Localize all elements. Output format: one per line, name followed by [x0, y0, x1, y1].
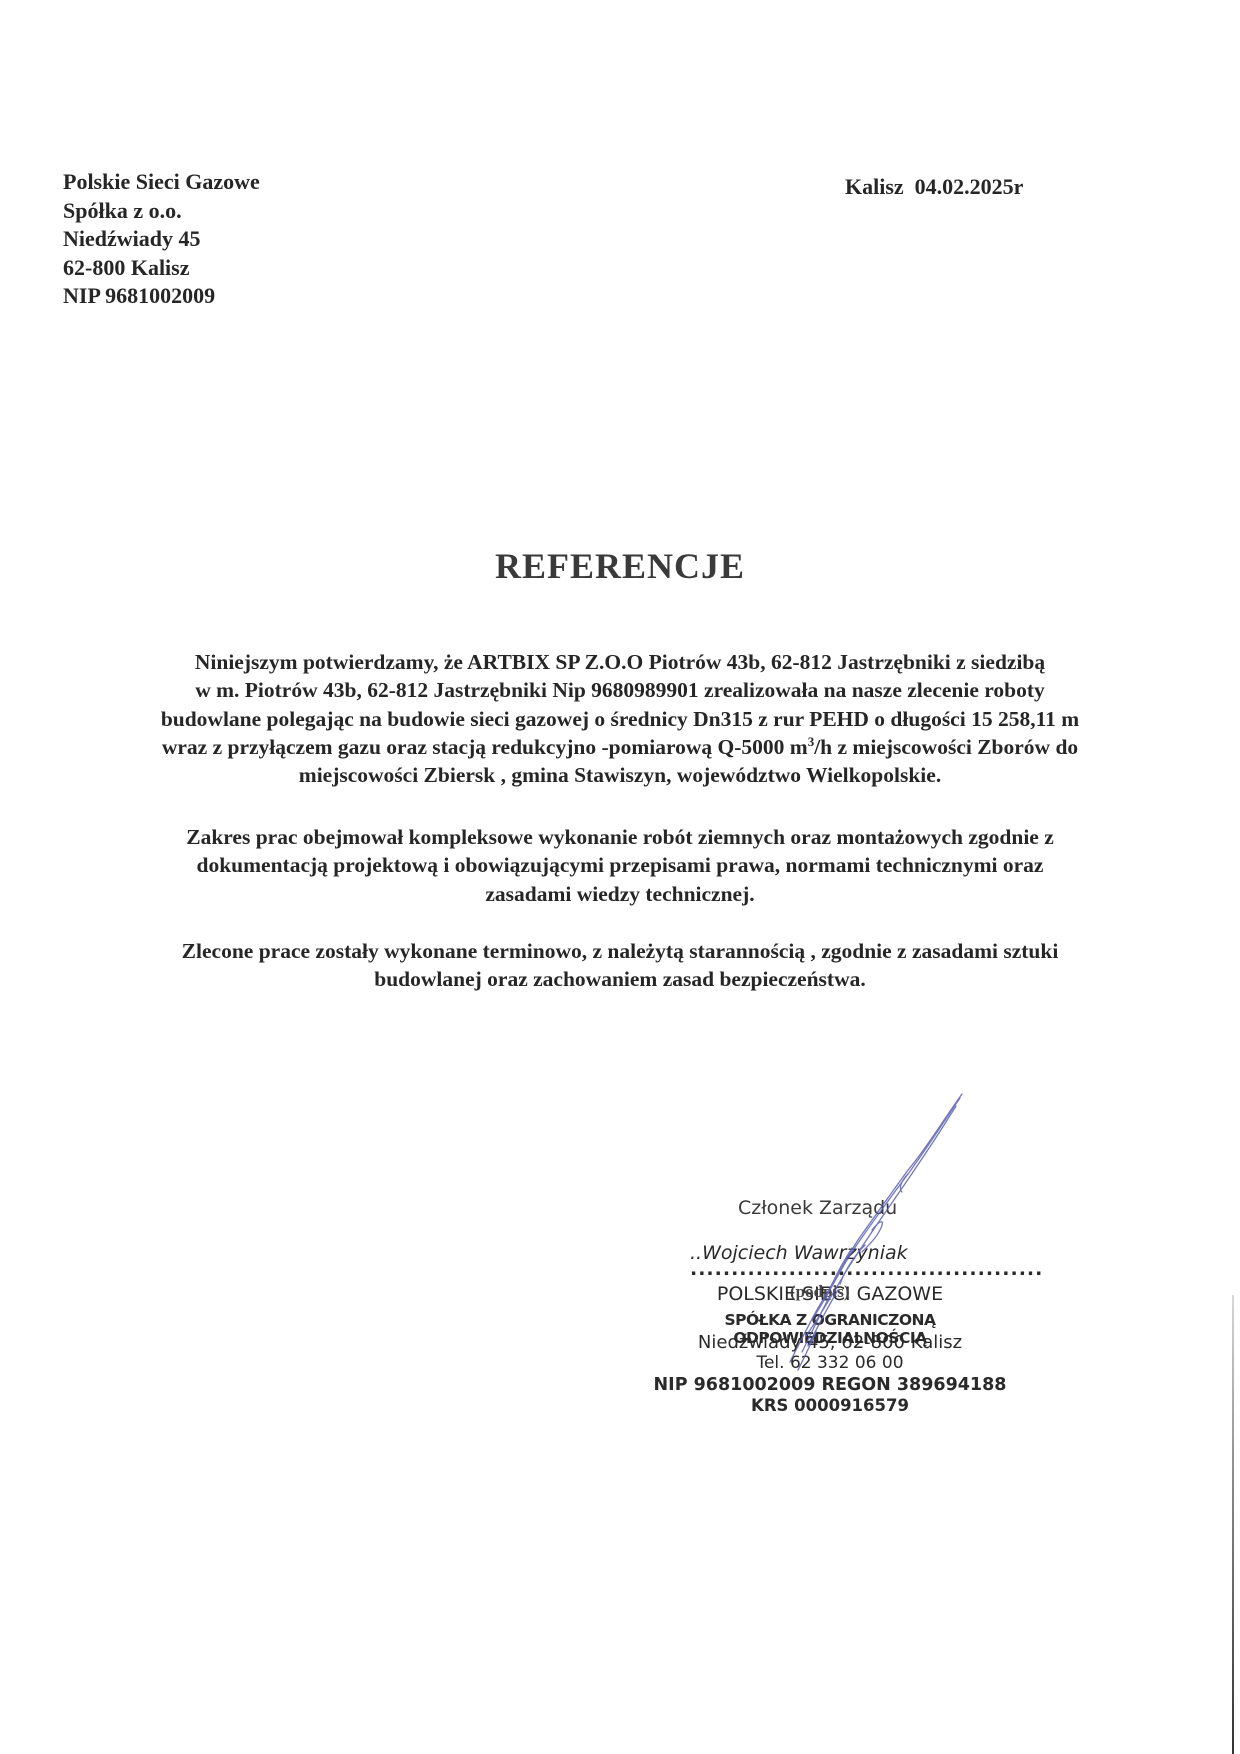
paragraph-line: dokumentacją projektową i obowiązującymi… [70, 851, 1170, 879]
stamp-address: Niedźwiady 45, 62-800 Kalisz [640, 1332, 1020, 1353]
signature-dotted-line: ........................................… [690, 1258, 1043, 1280]
paragraph-line: Zakres prac obejmował kompleksowe wykona… [70, 823, 1170, 851]
paragraph-line: miejscowości Zbiersk , gmina Stawiszyn, … [70, 761, 1170, 789]
signature-block: Członek Zarządu ..Wojciech Wawrzyniak ..… [640, 1070, 1020, 1430]
paragraph-line: wraz z przyłączem gazu oraz stacją reduk… [70, 733, 1170, 761]
stamp-nip-regon: NIP 9681002009 REGON 389694188 [640, 1375, 1020, 1395]
sender-company-form: Spółka z o.o. [63, 197, 260, 226]
scan-edge-line [1232, 1295, 1234, 1754]
document-page: Polskie Sieci Gazowe Spółka z o.o. Niedź… [0, 0, 1240, 1754]
paragraph-line: Niniejszym potwierdzamy, że ARTBIX SP Z.… [70, 648, 1170, 676]
stamp-phone: Tel. 62 332 06 00 [640, 1353, 1020, 1373]
paragraph-line: budowlane polegając na budowie sieci gaz… [70, 705, 1170, 733]
sender-nip: NIP 9681002009 [63, 282, 260, 311]
paragraph-quality: Zlecone prace zostały wykonane terminowo… [70, 937, 1170, 994]
podpis-label: (podpis) [790, 1282, 850, 1302]
paragraph-line: zasadami wiedzy technicznej. [70, 880, 1170, 908]
sender-address-block: Polskie Sieci Gazowe Spółka z o.o. Niedź… [63, 168, 260, 311]
place-and-date: Kalisz 04.02.2025r [845, 174, 1023, 200]
line-text: /h z miejscowości Zborów do [814, 735, 1078, 759]
paragraph-scope: Zakres prac obejmował kompleksowe wykona… [70, 823, 1170, 908]
line-text: wraz z przyłączem gazu oraz stacją reduk… [162, 735, 808, 759]
paragraph-line: budowlanej oraz zachowaniem zasad bezpie… [70, 965, 1170, 993]
sender-company-name: Polskie Sieci Gazowe [63, 168, 260, 197]
paragraph-confirmation: Niniejszym potwierdzamy, że ARTBIX SP Z.… [70, 648, 1170, 789]
document-title: REFERENCJE [0, 545, 1240, 587]
signatory-role: Członek Zarządu [738, 1197, 897, 1219]
sender-city: 62-800 Kalisz [63, 254, 260, 283]
paragraph-line: Zlecone prace zostały wykonane terminowo… [70, 937, 1170, 965]
stamp-krs: KRS 0000916579 [640, 1396, 1020, 1415]
sender-street: Niedźwiady 45 [63, 225, 260, 254]
paragraph-line: w m. Piotrów 43b, 62-812 Jastrzębniki Ni… [70, 676, 1170, 704]
